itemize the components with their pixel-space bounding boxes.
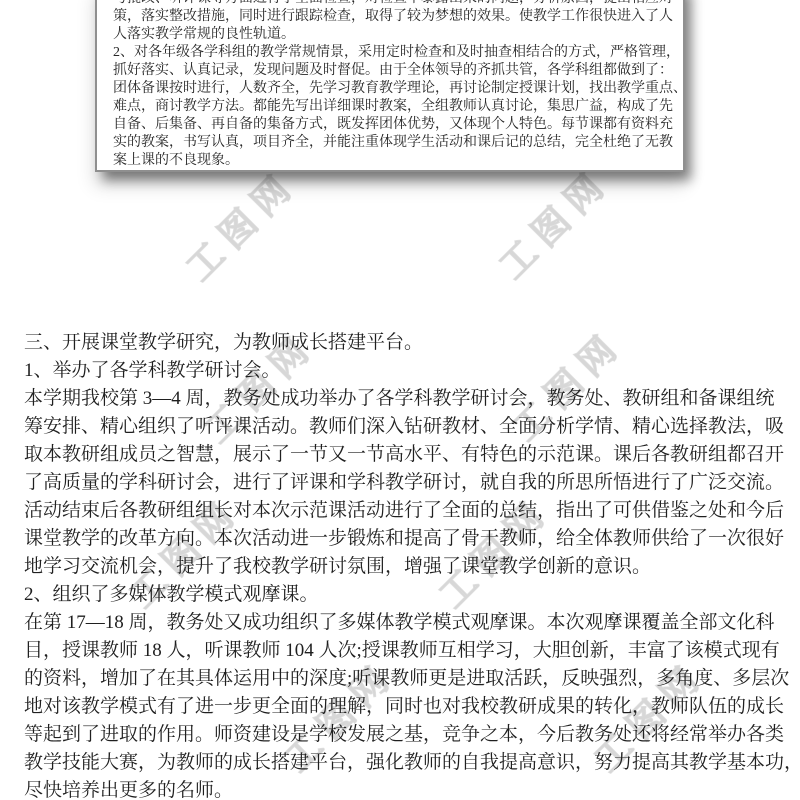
body-text-line: 活动结束后各教研组组长对本次示范课活动进行了全面的总结，指出了可供借鉴之处和今后 (24, 497, 784, 525)
doc-image-line: 团体备课按时进行，人数齐全，先学习教育教学理论，再讨论制定授课计划，找出教学重点… (113, 80, 673, 98)
doc-image-line: 案上课的不良现象。 (113, 152, 673, 170)
body-subheading-line: 1、举办了各学科教学研讨会。 (24, 357, 784, 385)
body-text-line: 筹安排、精心组织了听评课活动。教师们深入钻研教材、全面分析学情、精心选择教法，吸 (24, 413, 784, 441)
doc-image-line: 实的教案，书写认真，项目齐全，并能注重体现学生活动和课后记的总结，完全杜绝了无教 (113, 134, 673, 152)
doc-image-line: 2、对各年级各学科组的教学常规情景，采用定时检查和及时抽查相结合的方式，严格管理… (113, 44, 673, 62)
body-text-line: 本学期我校第 3—4 周，教务处成功举办了各学科教学研讨会，教务处、教研组和备课… (24, 385, 784, 413)
body-text-line: 在第 17—18 周，教务处又成功组织了多媒体教学模式观摩课。本次观摩课覆盖全部… (24, 609, 784, 637)
body-text-line: 课堂教学的改革方向。本次活动进一步锻炼和提高了骨干教师，给全体教师供给了一次很好 (24, 525, 784, 553)
doc-image-line: 人落实教学常规的良性轨道。 (113, 26, 673, 44)
body-subheading-line: 2、组织了多媒体教学模式观摩课。 (24, 581, 784, 609)
body-text-line: 的资料，增加了在其具体运用中的深度;听课教师更是进取活跃，反映强烈，多角度、多层… (24, 665, 784, 693)
body-text-line: 地学习交流机会，提升了我校教学研讨氛围，增强了课堂教学创新的意识。 (24, 553, 784, 581)
document-body-text: 三、开展课堂教学研究，为教师成长搭建平台。 1、举办了各学科教学研讨会。 本学期… (24, 329, 784, 800)
body-text-line: 教学技能大赛，为教师的成长搭建平台，强化教师的自我提高意识，努力提高其教学基本功… (24, 749, 784, 777)
body-heading-line: 三、开展课堂教学研究，为教师成长搭建平台。 (24, 329, 784, 357)
doc-image-line: 抓好落实、认真记录，发现问题及时督促。由于全体领导的齐抓共管，各学科组都做到了： (113, 62, 673, 80)
doc-image-line: 与批改、听评课等方面进行了全面检查，对检查中暴露出来的问题，分析原因，提出相应对 (113, 0, 673, 8)
document-preview-page: 工图网 工图网 工图网 工图网 工图网 工图网 工图网 工图网 与批改、听评课等… (0, 0, 800, 800)
body-text-line: 了高质量的学科研讨会，进行了评课和学科教学研讨，就自我的所思所悟进行了广泛交流。 (24, 469, 784, 497)
embedded-doc-page-image: 与批改、听评课等方面进行了全面检查，对检查中暴露出来的问题，分析原因，提出相应对… (95, 0, 685, 172)
body-text-line: 地对该教学模式有了进一步更全面的理解，同时也对我校教研成果的转化，教师队伍的成长 (24, 693, 784, 721)
body-text-line: 尽快培养出更多的名师。 (24, 777, 784, 800)
site-watermark: 工图网 (486, 155, 620, 289)
doc-image-line: 策，落实整改措施，同时进行跟踪检查，取得了较为梦想的效果。使教学工作很快进入了人 (113, 8, 673, 26)
body-text-line: 取本教研组成员之智慧，展示了一节又一节高水平、有特色的示范课。课后各教研组都召开 (24, 441, 784, 469)
doc-image-line: 自备、后集备、再自备的集备方式，既发挥团体优势，又体现个人特色。每节课都有资料充 (113, 116, 673, 134)
doc-image-line: 难点，商讨教学方法。都能先写出详细课时教案，全组教师认真讨论，集思广益，构成了先 (113, 98, 673, 116)
body-text-line: 目，授课教师 18 人，听课教师 104 人次;授课教师互相学习，大胆创新，丰富… (24, 637, 784, 665)
site-watermark: 工图网 (173, 157, 307, 291)
body-text-line: 等起到了进取的作用。师资建设是学校发展之基，竞争之本，今后教务处还将经常举办各类 (24, 721, 784, 749)
